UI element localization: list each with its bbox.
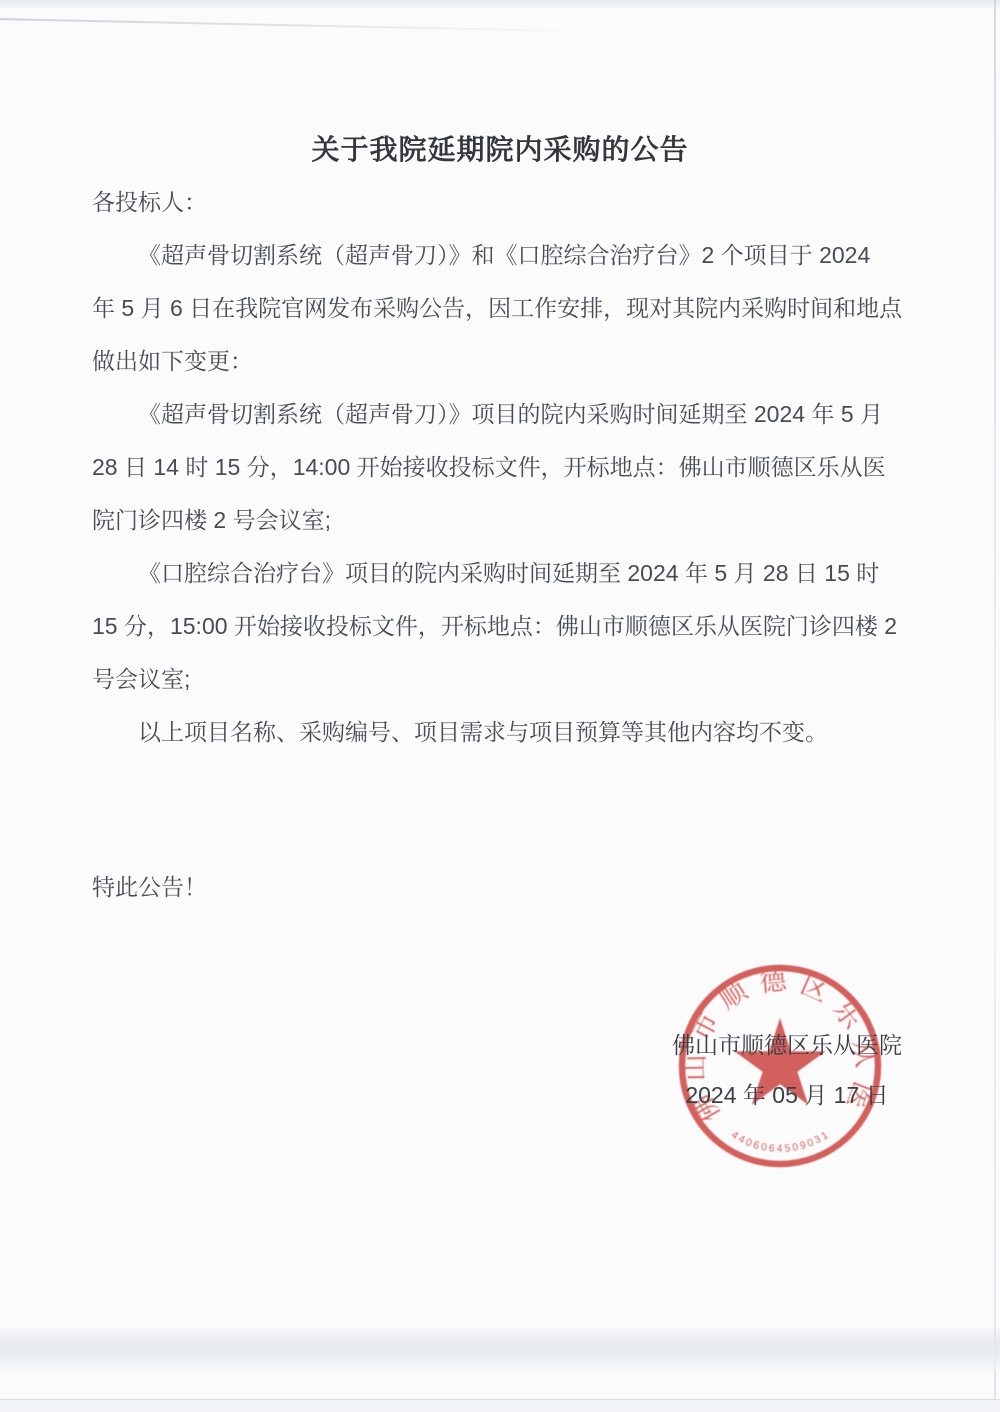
body-line: 28 日 14 时 15 分，14:00 开始接收投标文件，开标地点：佛山市顺德… <box>92 441 916 494</box>
page-title: 关于我院延期院内采购的公告 <box>0 133 1000 167</box>
body-line: 15 分，15:00 开始接收投标文件，开标地点：佛山市顺德区乐从医院门诊四楼 … <box>92 600 916 653</box>
scan-crease-line <box>0 18 634 33</box>
body-line: 以上项目名称、采购编号、项目需求与项目预算等其他内容均不变。 <box>92 706 916 759</box>
scan-bottom-band <box>0 1326 1000 1370</box>
signature-org-name: 佛山市顺德区乐从医院 <box>662 1031 912 1059</box>
body-line: 各投标人： <box>92 176 916 229</box>
body-text: 各投标人：《超声骨切割系统（超声骨刀）》和《口腔综合治疗台》2 个项目于 202… <box>92 176 916 759</box>
body-line: 《超声骨切割系统（超声骨刀）》和《口腔综合治疗台》2 个项目于 2024 <box>92 229 916 282</box>
closing-statement: 特此公告！ <box>92 861 207 914</box>
scan-top-shadow <box>0 0 1000 10</box>
body-line: 《超声骨切割系统（超声骨刀）》项目的院内采购时间延期至 2024 年 5 月 <box>92 388 916 441</box>
seal-serial-number: 4406064509031 <box>729 1129 830 1155</box>
official-seal-stamp: 佛山市顺德区乐从医院 4406064509031 <box>675 961 885 1171</box>
scanned-announcement-page: 关于我院延期院内采购的公告 各投标人：《超声骨切割系统（超声骨刀）》和《口腔综合… <box>0 0 1000 1412</box>
body-line: 号会议室; <box>92 653 916 706</box>
body-line: 《口腔综合治疗台》项目的院内采购时间延期至 2024 年 5 月 28 日 15… <box>92 547 916 600</box>
scan-bottom-edge <box>0 1399 1000 1412</box>
signature-date: 2024 年 05 月 17 日 <box>662 1081 912 1109</box>
body-line: 做出如下变更： <box>92 335 916 388</box>
body-line: 年 5 月 6 日在我院官网发布采购公告，因工作安排，现对其院内采购时间和地点 <box>92 282 916 335</box>
scan-right-edge-line <box>994 0 996 1412</box>
body-line: 院门诊四楼 2 号会议室; <box>92 494 916 547</box>
